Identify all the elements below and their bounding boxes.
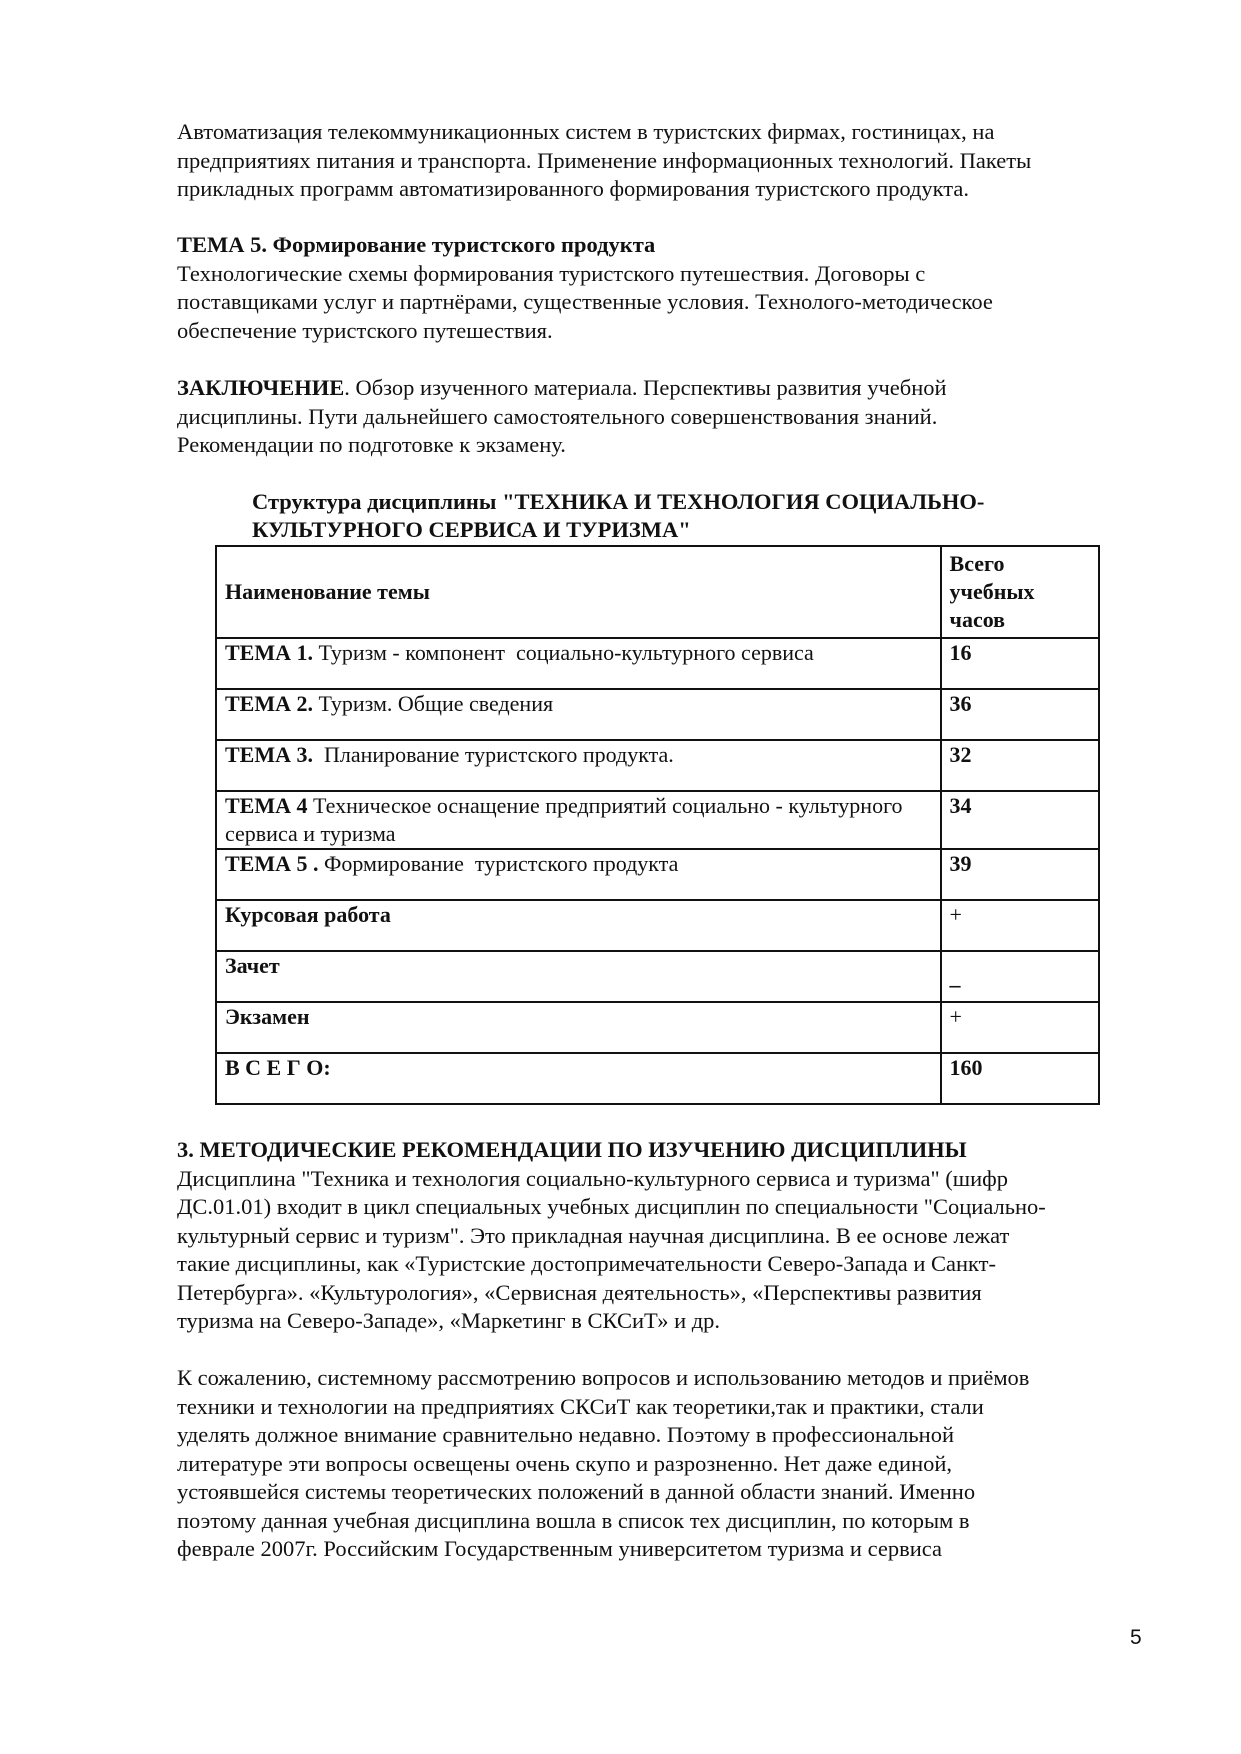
text-line: ДС.01.01) входит в цикл специальных учеб… (177, 1193, 1137, 1222)
row-label: В С Е Г О: (225, 1055, 331, 1080)
structure-table: Наименование темы Всего учебных часов ТЕ… (215, 545, 1100, 1105)
topic-cell: ТЕМА 3. Планирование туристского продукт… (216, 740, 941, 791)
table-row: ТЕМА 3. Планирование туристского продукт… (216, 740, 1099, 791)
topic-number: ТЕМА 3. (225, 742, 313, 767)
text-line: литературе эти вопросы освещены очень ск… (177, 1450, 1137, 1479)
text-line: Структура дисциплины "ТЕХНИКА И ТЕХНОЛОГ… (252, 488, 984, 516)
topic5-section: ТЕМА 5. Формирование туристского продукт… (177, 231, 1137, 345)
header-hours: Всего учебных часов (941, 546, 1099, 638)
text-line: дисциплины. Пути дальнейшего самостоятел… (177, 403, 1137, 432)
table-row: ТЕМА 5 . Формирование туристского продук… (216, 849, 1099, 900)
text-line: феврале 2007г. Российским Государственны… (177, 1535, 1137, 1564)
hours-cell: 160 (941, 1053, 1099, 1104)
intro-paragraph: Автоматизация телекоммуникационных систе… (177, 118, 1137, 204)
header-label: Всего (950, 550, 1090, 578)
text-line: Автоматизация телекоммуникационных систе… (177, 118, 1137, 147)
table-row: Экзамен + (216, 1002, 1099, 1053)
topic-title: Планирование туристского продукта. (313, 742, 674, 767)
text-line: поставщиками услуг и партнёрами, существ… (177, 288, 1137, 317)
hours-cell: 32 (941, 740, 1099, 791)
row-label: Курсовая работа (225, 902, 391, 927)
table-row: ТЕМА 1. Туризм - компонент социально-кул… (216, 638, 1099, 689)
table-row: Зачет – (216, 951, 1099, 1002)
row-label: Экзамен (225, 1004, 310, 1029)
text-line: К сожалению, системному рассмотрению воп… (177, 1364, 1137, 1393)
text-line: уделять должное внимание сравнительно не… (177, 1421, 1137, 1450)
text-line: культурный сервис и туризм". Это приклад… (177, 1222, 1137, 1251)
regret-paragraph: К сожалению, системному рассмотрению воп… (177, 1364, 1137, 1564)
topic-cell: В С Е Г О: (216, 1053, 941, 1104)
text-line: Дисциплина "Техника и технология социаль… (177, 1165, 1137, 1194)
section3-heading: 3. МЕТОДИЧЕСКИЕ РЕКОМЕНДАЦИИ ПО ИЗУЧЕНИЮ… (177, 1136, 1137, 1165)
hours-cell: – (941, 951, 1099, 1002)
table-row: Курсовая работа + (216, 900, 1099, 951)
text-span: . Обзор изученного материала. Перспектив… (344, 375, 946, 400)
topic-cell: ТЕМА 4 Техническое оснащение предприятий… (216, 791, 941, 849)
table-row: ТЕМА 4 Техническое оснащение предприятий… (216, 791, 1099, 849)
topic-cell: ТЕМА 2. Туризм. Общие сведения (216, 689, 941, 740)
topic-cell: Курсовая работа (216, 900, 941, 951)
hours-cell: 36 (941, 689, 1099, 740)
hours-cell: 39 (941, 849, 1099, 900)
text-line: такие дисциплины, как «Туристские достоп… (177, 1250, 1137, 1279)
header-label: часов (950, 606, 1090, 634)
header-topic-name: Наименование темы (216, 546, 941, 638)
conclusion-section: ЗАКЛЮЧЕНИЕ. Обзор изученного материала. … (177, 374, 1137, 460)
table-row-total: В С Е Г О: 160 (216, 1053, 1099, 1104)
text-line: техники и технологии на предприятиях СКС… (177, 1393, 1137, 1422)
topic-cell: ТЕМА 1. Туризм - компонент социально-кул… (216, 638, 941, 689)
text-line: прикладных программ автоматизированного … (177, 175, 1137, 204)
topic-title: Техническое оснащение предприятий социал… (225, 793, 903, 846)
row-label: Зачет (225, 953, 280, 978)
table-row: ТЕМА 2. Туризм. Общие сведения 36 (216, 689, 1099, 740)
table-header-row: Наименование темы Всего учебных часов (216, 546, 1099, 638)
page-number: 5 (1130, 1626, 1142, 1650)
table-title: Структура дисциплины "ТЕХНИКА И ТЕХНОЛОГ… (252, 488, 984, 544)
text-line: обеспечение туристского путешествия. (177, 317, 1137, 346)
topic-number: ТЕМА 4 (225, 793, 308, 818)
section3: 3. МЕТОДИЧЕСКИЕ РЕКОМЕНДАЦИИ ПО ИЗУЧЕНИЮ… (177, 1136, 1137, 1336)
text-line: ЗАКЛЮЧЕНИЕ. Обзор изученного материала. … (177, 374, 1137, 403)
text-line: КУЛЬТУРНОГО СЕРВИСА И ТУРИЗМА" (252, 516, 984, 544)
hours-cell: 16 (941, 638, 1099, 689)
topic-number: ТЕМА 2. (225, 691, 313, 716)
text-line: предприятиях питания и транспорта. Приме… (177, 147, 1137, 176)
topic5-heading: ТЕМА 5. Формирование туристского продукт… (177, 231, 1137, 260)
conclusion-heading: ЗАКЛЮЧЕНИЕ (177, 375, 344, 400)
text-line: туризма на Северо-Западе», «Маркетинг в … (177, 1307, 1137, 1336)
topic-title: Туризм. Общие сведения (313, 691, 553, 716)
text-line: поэтому данная учебная дисциплина вошла … (177, 1507, 1137, 1536)
hours-cell: + (941, 1002, 1099, 1053)
topic-number: ТЕМА 1. (225, 640, 313, 665)
header-label: Наименование темы (225, 579, 430, 604)
text-line: Петербурга». «Культурология», «Сервисная… (177, 1279, 1137, 1308)
topic-cell: Экзамен (216, 1002, 941, 1053)
topic-title: Формирование туристского продукта (319, 851, 679, 876)
topic-number: ТЕМА 5 . (225, 851, 319, 876)
text-line: Технологические схемы формирования турис… (177, 260, 1137, 289)
topic-title: Туризм - компонент социально-культурного… (313, 640, 814, 665)
hours-cell: 34 (941, 791, 1099, 849)
header-label: учебных (950, 578, 1090, 606)
text-line: Рекомендации по подготовке к экзамену. (177, 431, 1137, 460)
hours-cell: + (941, 900, 1099, 951)
topic-cell: ТЕМА 5 . Формирование туристского продук… (216, 849, 941, 900)
text-line: устоявшейся системы теоретических положе… (177, 1478, 1137, 1507)
topic-cell: Зачет (216, 951, 941, 1002)
